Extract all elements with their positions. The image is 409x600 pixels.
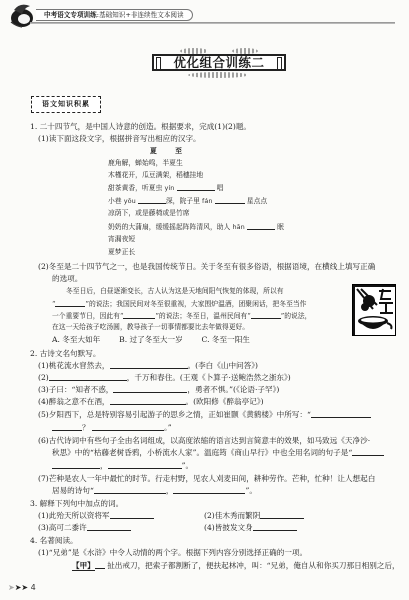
option-b: B. 过了冬至大一岁: [119, 335, 183, 344]
jia-label: 【甲】: [72, 561, 95, 571]
pinyin-hint: yōu: [124, 197, 136, 205]
q2-item-6-cont: 秋思》中的“枯藤老树昏鸦，小桥流水人家”。温庭筠《商山早行》中也全用名词的句子是…: [52, 448, 384, 457]
answer-blank[interactable]: [352, 448, 384, 456]
q3-stem: 3. 解释下列句中加点的词。: [30, 499, 123, 508]
q3-item-4: (4)皆披发文身: [204, 523, 297, 532]
q2-item-7: (7)芒种是农人一年中最忙的时节。行走村野，见农人刈麦田间，耕种劳作。芒种，忙种…: [38, 474, 375, 483]
q2-item-7-cont: 居易的诗句“，”。: [52, 486, 257, 495]
answer-blank[interactable]: [177, 183, 215, 191]
arrow-icon: ➤: [8, 583, 15, 592]
q3-item-3: (3)高可二黍许: [38, 523, 131, 532]
q4-jia-passage: 【甲】 扯出戒刀，把索子都割断了，便扶起林冲，叫：“兄弟，俺自从和你买刀那日相别…: [66, 561, 400, 570]
poem-line: 小巷 yōu 深，院子里 fán 星点点: [108, 196, 267, 205]
q4-stem: 4. 名著阅读。: [30, 536, 78, 545]
page-footer: ➤➤➤ 4: [8, 583, 36, 593]
answer-blank[interactable]: [87, 523, 131, 531]
option-a: A. 冬至大如年: [52, 335, 100, 344]
arrow-icon: ➤➤: [15, 583, 28, 592]
passage-line: “”的说法；我国民间对冬至很重视，大家围炉温酒，团聚闲话，把冬至当作: [52, 299, 306, 308]
answer-blank[interactable]: [52, 461, 100, 469]
answer-blank[interactable]: [92, 423, 164, 431]
section-tag: 语文知识积累: [31, 96, 101, 113]
answer-blank[interactable]: [173, 486, 245, 494]
q3-item-1: (1)此殆天所以资将军: [38, 511, 154, 520]
q2-item-6: (6)古代诗词中有些句子全由名词组成，以高度浓缩的语言达到言简意丰的效果，如马致…: [38, 436, 370, 445]
q1-sub2-line2: 的选项。: [52, 274, 82, 283]
series-banner: 中考语文专项训练:基础知识+非连续性文本阅读: [36, 9, 193, 21]
answer-blank[interactable]: [215, 196, 245, 204]
answer-blank[interactable]: [55, 299, 85, 307]
page-title: 优化组合训练二: [152, 54, 286, 71]
dragon-logo-icon: [8, 2, 36, 28]
page-header: 中考语文专项训练:基础知识+非连续性文本阅读: [0, 0, 409, 30]
q3-item-2: (2)佳木秀而繁阴: [204, 511, 304, 520]
answer-blank[interactable]: [110, 361, 188, 369]
q2-item-6-cont2: ，”。: [52, 461, 193, 470]
poem-line: 木槿花开，瓜豆满架，稻穗挂地: [108, 171, 203, 179]
page-title-block: 优化组合训练二: [150, 46, 288, 78]
poem-title: 夏 至: [150, 147, 190, 155]
q4-sub1: (1)“兄弟”是《水浒》中令人动情的两个字。根据下列内容分别选择正确的一项。: [38, 548, 307, 557]
answer-blank[interactable]: [123, 311, 155, 319]
options-row: A. 冬至大如年 B. 过了冬至大一岁 C. 冬至一阳生: [52, 335, 250, 344]
answer-blank[interactable]: [113, 385, 187, 393]
q2-item-5: (5)夕阳西下，总是特别容易引起游子的思乡之情，正如崔颢《黄鹤楼》中所写：“: [38, 410, 371, 419]
passage-line: 冬至日后，白昼逐渐变长，古人认为这是天地间阳气恢复的体现，所以有: [66, 287, 284, 295]
series-title: 中考语文专项训练: [44, 11, 97, 19]
q2-item-1: (1)桃花流水窅然去，。(李白《山中问答》): [38, 361, 258, 370]
q2-item-4: (4)醉翁之意不在酒，。(欧阳修《醉翁亭记》): [38, 397, 264, 406]
answer-blank[interactable]: [108, 461, 182, 469]
answer-blank[interactable]: [94, 486, 166, 494]
q2-stem: 2. 古诗文名句默写。: [30, 349, 100, 358]
q2-item-2: (2)，千万和春住。(王观《卜算子·送鲍浩然之浙东》): [38, 373, 291, 382]
poem-line: 鹿角解，蝉始鸣，半夏生: [108, 159, 183, 167]
option-c: C. 冬至一阳生: [202, 335, 250, 344]
answer-blank[interactable]: [138, 196, 166, 204]
q1-stem: 1. 二十四节气，是中国人诗意的创造。根据要求，完成(1)(2)题。: [30, 122, 251, 131]
passage-line: 在这一天给孩子吃汤圆，教导孩子一切事情都要比去年做得更好。: [52, 323, 249, 331]
answer-blank[interactable]: [311, 410, 371, 418]
answer-blank[interactable]: [49, 373, 127, 381]
passage-line: 一个重要节日，因此有“”的说法；冬至日，温州民间有“”的说法，: [52, 311, 311, 320]
answer-blank[interactable]: [110, 511, 154, 519]
answer-blank[interactable]: [253, 523, 297, 531]
header-rule: [30, 22, 395, 24]
q2-item-3: (3)子曰：“知者不惑，，勇者不惧。”(《论语·子罕》): [38, 385, 279, 394]
answer-blank[interactable]: [260, 511, 304, 519]
answer-blank[interactable]: [247, 222, 275, 230]
pinyin-hint: fán: [202, 197, 212, 205]
q1-sub2-line1: (2)冬至是二十四节气之一，也是我国传统节日。关于冬至有很多俗语，根据语境，在横…: [38, 262, 375, 271]
series-subtitle: :基础知识+非连续性文本阅读: [97, 11, 184, 19]
pinyin-hint: yín: [165, 184, 175, 192]
poem-line: 宵漏夜短: [108, 235, 135, 243]
pinyin-hint: hān: [233, 223, 245, 231]
ornament-icon: [188, 72, 248, 78]
poem-line: 凉荫下，或是藤椅或是竹席: [108, 209, 190, 217]
poem-line: 甜茶黄香，听夏虫 yín 唱: [108, 183, 223, 192]
page-number: 4: [31, 583, 36, 592]
q2-item-5-cont: ？ 。”: [52, 423, 172, 432]
answer-blank[interactable]: [251, 311, 281, 319]
winter-solstice-icon: [353, 285, 396, 336]
winter-solstice-illustration: [352, 284, 396, 336]
answer-blank[interactable]: [52, 423, 82, 431]
q1-sub1: (1)读下面这段文字，根据拼音写出相应的汉字。: [38, 134, 201, 143]
answer-blank[interactable]: [110, 397, 186, 405]
poem-line: 夏梦正长: [108, 248, 135, 256]
poem-line: 奶奶的大蒲扇，缓缓摇起阵阵清风，助人 hān 眠: [108, 222, 284, 231]
answer-blank[interactable]: [95, 561, 105, 569]
